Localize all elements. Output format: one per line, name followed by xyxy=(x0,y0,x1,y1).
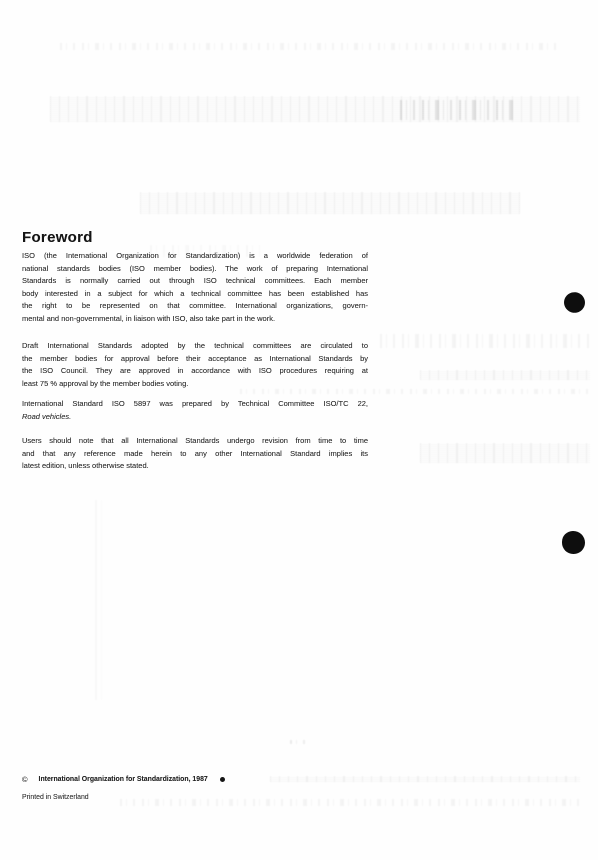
paragraph-iso-intro: ISO (the International Organization for … xyxy=(22,250,368,325)
text-line: Road vehicles. xyxy=(22,411,368,424)
paragraph-prepared-by: International Standard ISO 5897 was prep… xyxy=(22,398,368,423)
scan-noise xyxy=(270,776,580,782)
copyright-text: International Organization for Standardi… xyxy=(39,776,208,783)
text-line: and that any reference made herein to an… xyxy=(22,448,368,461)
text-line: Standards is normally carried out throug… xyxy=(22,275,368,288)
text-line: the right to be represented on that comm… xyxy=(22,300,368,313)
paragraph-revision-note: Users should note that all International… xyxy=(22,435,368,473)
scan-noise xyxy=(150,245,260,257)
registration-dot-bottom xyxy=(562,531,585,554)
text-line: national standards bodies (ISO member bo… xyxy=(22,263,368,276)
scan-noise xyxy=(140,192,520,214)
document-page: Foreword ISO (the International Organiza… xyxy=(0,0,598,860)
text-line: Draft International Standards adopted by… xyxy=(22,340,368,353)
text-line: Users should note that all International… xyxy=(22,435,368,448)
text-line: mental and non-governmental, in liaison … xyxy=(22,313,368,326)
scan-noise xyxy=(420,370,590,380)
scan-noise xyxy=(95,500,103,700)
scan-noise xyxy=(380,334,590,348)
scan-noise xyxy=(240,389,590,394)
scan-noise xyxy=(290,740,308,744)
scan-noise xyxy=(120,799,580,806)
scan-noise xyxy=(420,443,590,463)
scan-noise xyxy=(60,43,560,50)
text-line: latest edition, unless otherwise stated. xyxy=(22,460,368,473)
bullet-icon xyxy=(220,777,225,782)
text-line: body interested in a subject for which a… xyxy=(22,288,368,301)
page-title: Foreword xyxy=(22,229,93,246)
text-line: International Standard ISO 5897 was prep… xyxy=(22,398,368,411)
copyright-icon: © xyxy=(22,775,28,784)
copyright-line: © International Organization for Standar… xyxy=(22,774,225,784)
text-line: the ISO Council. They are approved in ac… xyxy=(22,365,368,378)
printed-in-text: Printed in Switzerland xyxy=(22,794,89,801)
text-line: the member bodies for approval before th… xyxy=(22,353,368,366)
paragraph-draft-standards: Draft International Standards adopted by… xyxy=(22,340,368,390)
registration-dot-top xyxy=(563,291,587,314)
scan-noise xyxy=(400,100,515,120)
